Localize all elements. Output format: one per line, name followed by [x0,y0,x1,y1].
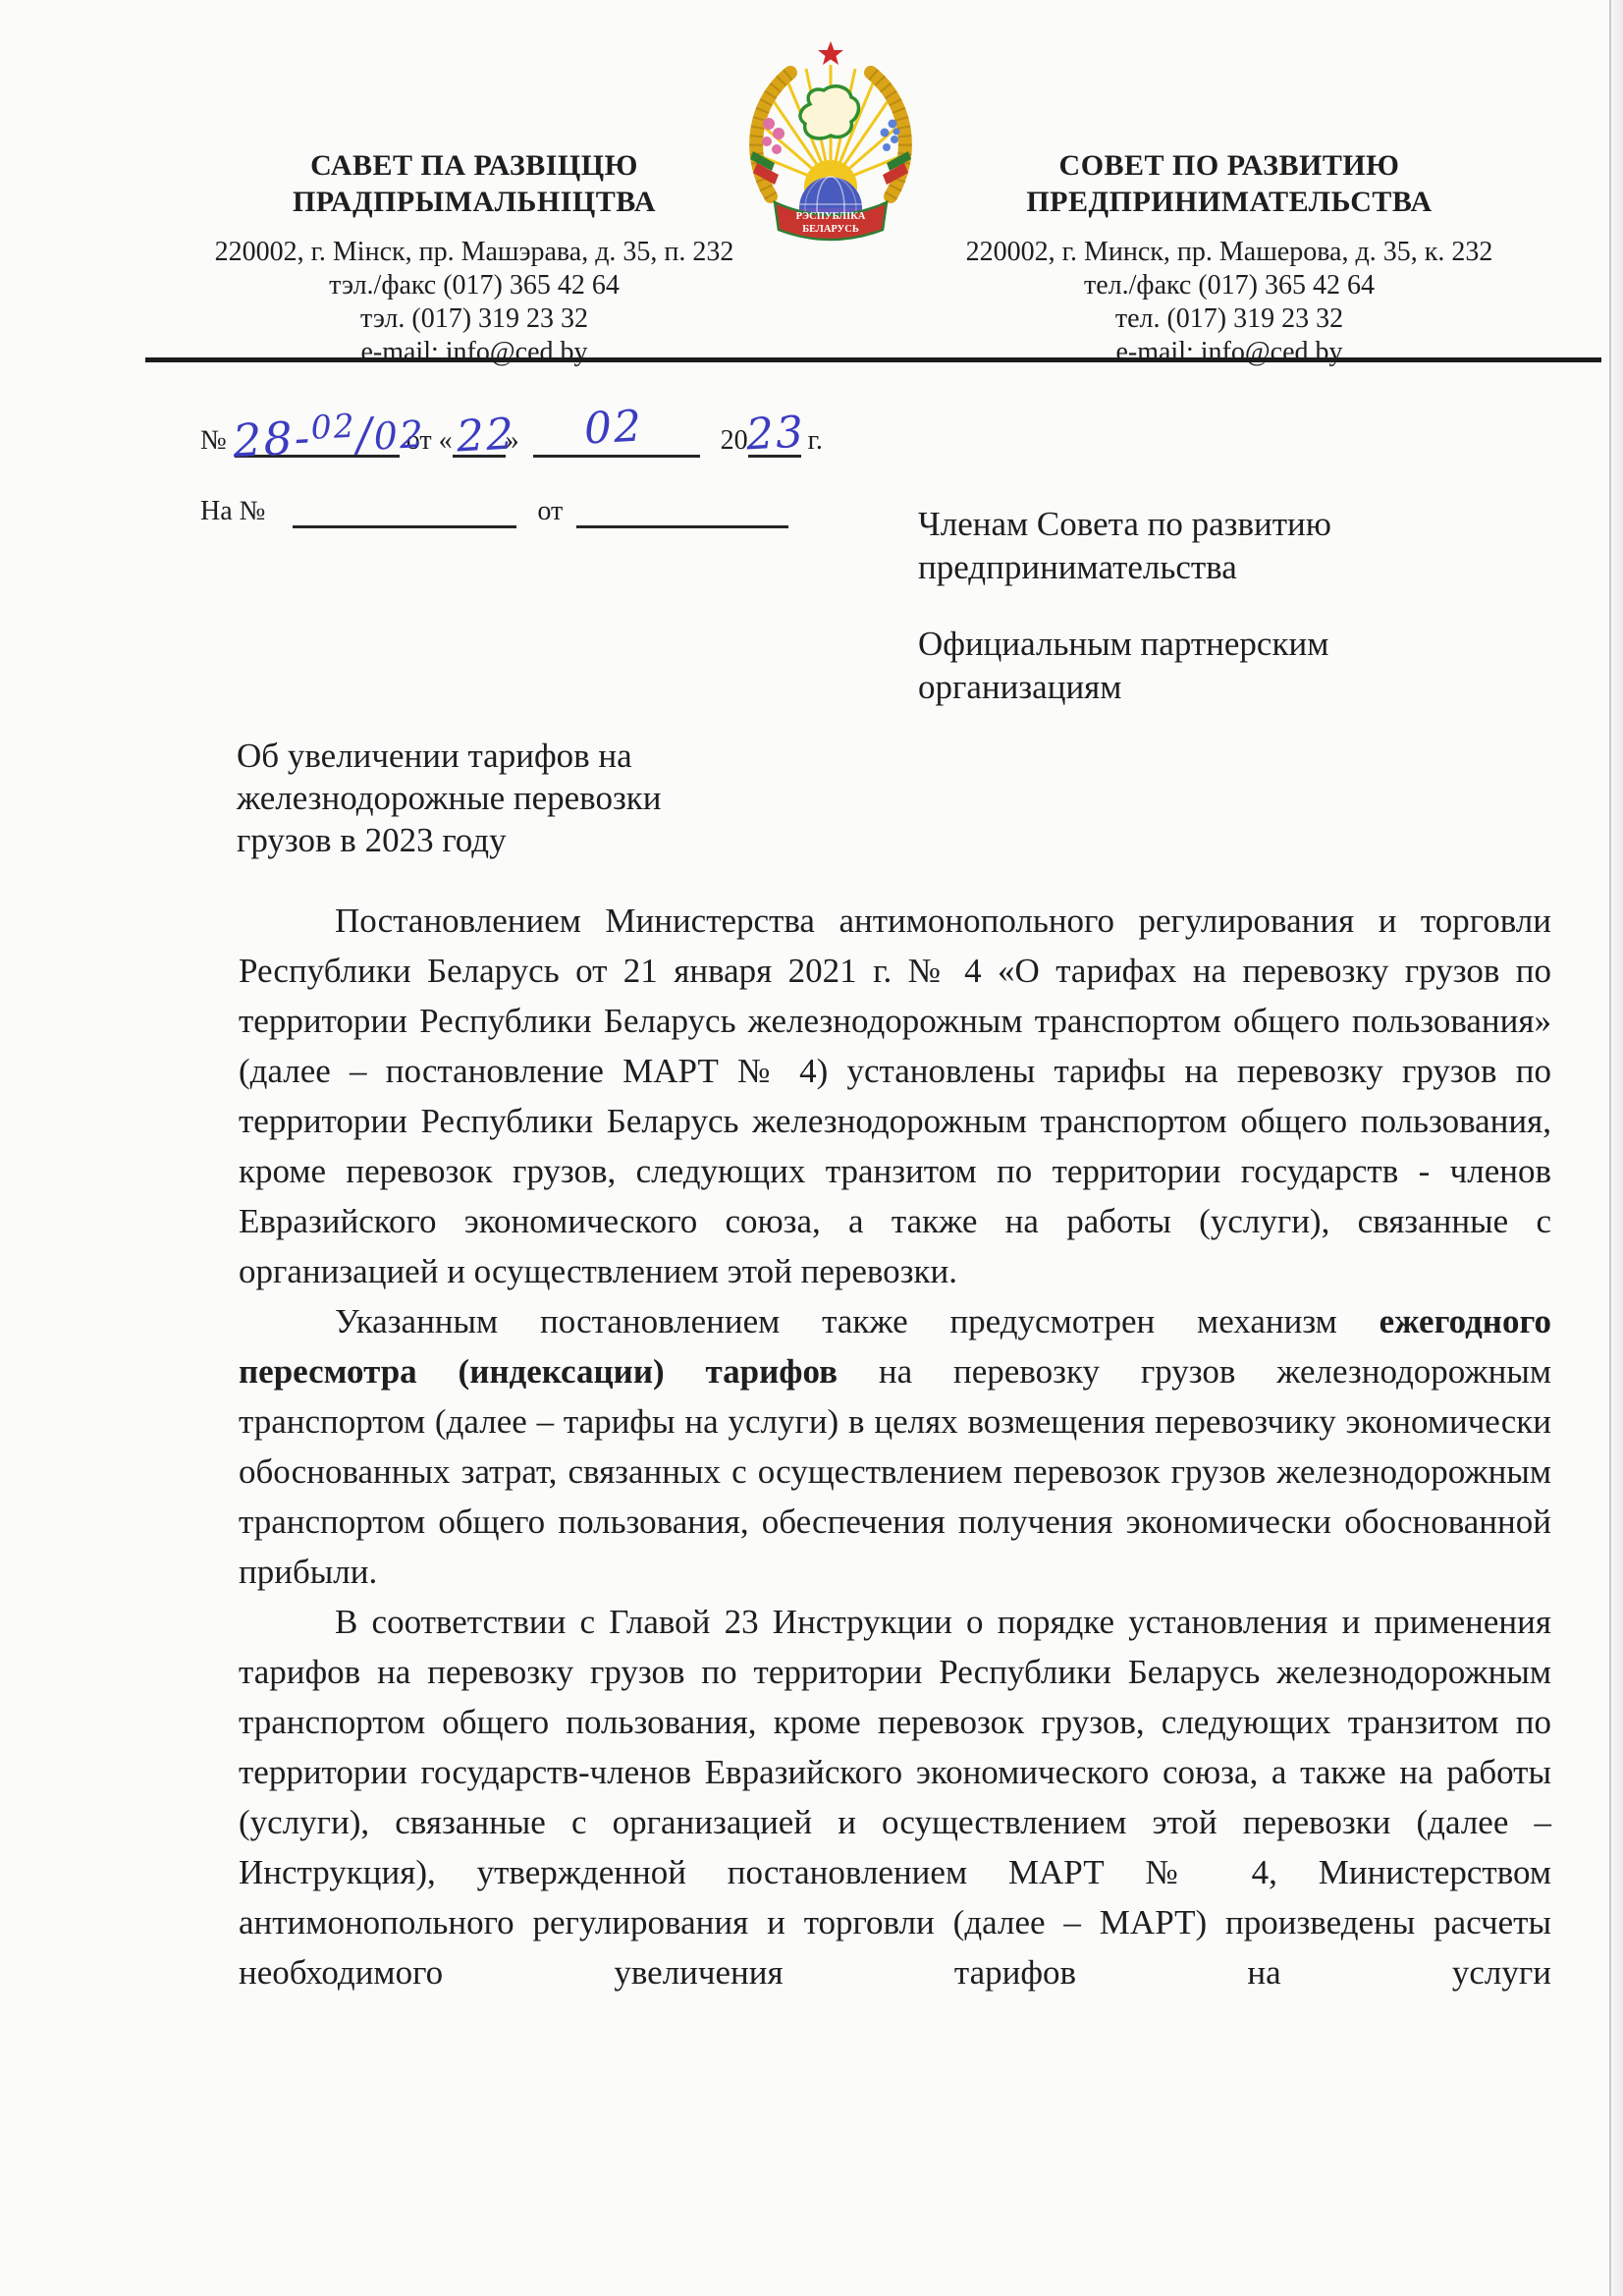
ribbon-text-line2: БЕЛАРУСЬ [802,224,859,235]
paragraph-2: Указанным постановлением также предусмот… [239,1296,1551,1597]
org-contacts-belarusian: 220002, г. Мінск, пр. Машэрава, д. 35, п… [196,236,752,369]
reply-reference-line: На № от [200,481,788,528]
org-name-russian: СОВЕТ ПО РАЗВИТИЮ ПРЕДПРИНИМАТЕЛЬСТВА [951,147,1507,220]
outgoing-number-line: № 28-02/02 от « 22 » 02 20 23 г. [200,405,823,458]
belarus-coat-of-arms-icon: РЭСПУБЛІКА БЕЛАРУСЬ [739,37,922,246]
emblem-graphic: РЭСПУБЛІКА БЕЛАРУСЬ [739,37,922,246]
paragraph-3: В соответствии с Главой 23 Инструкции о … [239,1597,1551,1997]
number-denominator: 02 [372,412,426,459]
handwritten-year: 23 [744,407,806,460]
org-phone-fax-line: тэл./факс (017) 365 42 64 [196,269,752,302]
number-blank-underline: 28-02/02 [235,413,400,458]
reply-from-label: от [537,498,563,528]
reply-number-label: На № [200,498,265,528]
year-blank-underline: 23 [748,413,801,458]
org-phone-fax-line: тел./факс (017) 365 42 64 [951,269,1507,302]
month-blank-underline: 02 [533,413,700,458]
number-label: № [200,427,227,458]
addressee-partner-organizations: Официальным партнерским организациям [918,623,1488,709]
paragraph-1: Постановлением Министерства антимонополь… [239,896,1551,1296]
year-century-label: 20 [721,427,748,458]
org-phone-line: тэл. (017) 319 23 32 [196,302,752,336]
reply-date-blank-underline [576,484,788,528]
red-star-icon [818,41,843,65]
reply-number-blank-underline [293,484,516,528]
org-phone-line: тел. (017) 319 23 32 [951,302,1507,336]
letterhead-divider-rule [145,357,1601,362]
letterhead-right-block: СОВЕТ ПО РАЗВИТИЮ ПРЕДПРИНИМАТЕЛЬСТВА 22… [951,147,1507,369]
paragraph-2-lead: Указанным постановлением также предусмот… [335,1302,1380,1340]
day-blank-underline: 22 [453,413,506,458]
belarus-map-outline [800,86,859,138]
org-contacts-russian: 220002, г. Минск, пр. Машерова, д. 35, к… [951,236,1507,369]
letterhead-left-block: САВЕТ ПА РАЗВІЦЦЮ ПРАДПРЫМАЛЬНІЦТВА 2200… [196,147,752,369]
letter-subject: Об увеличении тарифов на железнодорожные… [237,735,747,861]
handwritten-outgoing-number: 28-02/02 [231,403,426,467]
org-email-line: e-mail: info@ced.by [951,336,1507,369]
year-prefix-label [700,427,721,458]
scanned-letter-page: САВЕТ ПА РАЗВІЦЦЮ ПРАДПРЫМАЛЬНІЦТВА 2200… [0,0,1623,2296]
number-main: 28- [231,410,312,467]
handwritten-day: 22 [455,409,516,462]
ribbon-text-line1: РЭСПУБЛІКА [796,211,866,222]
handwritten-month: 02 [582,401,644,454]
scan-edge-shadow [1611,0,1623,2296]
org-address-line: 220002, г. Мінск, пр. Машэрава, д. 35, п… [196,236,752,269]
addressee-block: Членам Совета по развитию предпринимател… [918,503,1488,709]
number-numerator: 02 [309,407,356,447]
reply-from-spacer [516,498,537,528]
addressee-council-members: Членам Совета по развитию предпринимател… [918,503,1488,589]
org-name-belarusian: САВЕТ ПА РАЗВІЦЦЮ ПРАДПРЫМАЛЬНІЦТВА [196,147,752,220]
org-address-line: 220002, г. Минск, пр. Машерова, д. 35, к… [951,236,1507,269]
letter-body: Постановлением Министерства антимонополь… [239,896,1551,1997]
org-email-line: e-mail: info@ced.by [196,336,752,369]
